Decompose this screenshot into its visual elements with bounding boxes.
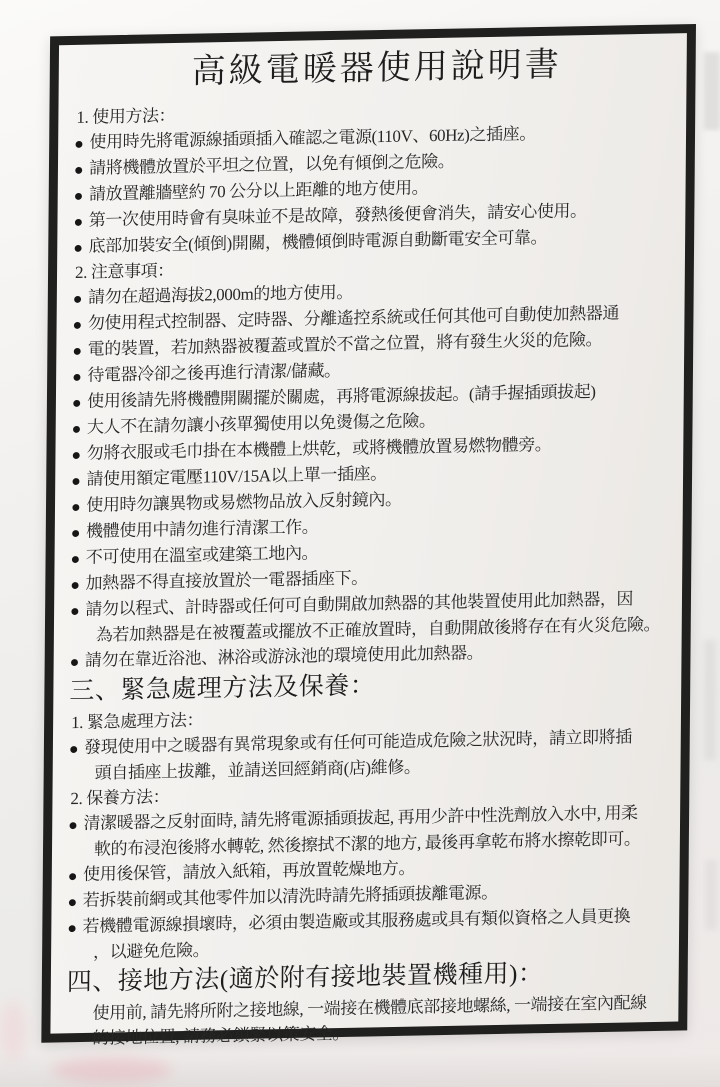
bullet-icon: ● (71, 521, 80, 545)
bullet-icon: ● (72, 339, 81, 363)
bullet-icon: ● (67, 890, 76, 914)
document-lines: 1. 使用方法：●使用時先將電源線插頭插入確認之電源(110V、60Hz)之插座… (66, 93, 678, 1051)
bullet-icon: ● (71, 495, 80, 519)
pink-smudge (0, 1001, 26, 1061)
bleedthrough-mark (704, 640, 716, 760)
bullet-icon: ● (72, 417, 81, 441)
bullet-icon: ● (73, 236, 82, 260)
bullet-icon: ● (70, 547, 79, 571)
page-title: 高級電暖器使用說明書 (75, 41, 679, 97)
bullet-icon: ● (71, 443, 80, 467)
bullet-icon: ● (69, 737, 78, 761)
bullet-icon: ● (74, 184, 83, 208)
doc-line-text: 機體使用中請勿進行清潔工作。 (86, 514, 319, 543)
bullet-icon: ● (70, 650, 79, 674)
bullet-icon: ● (67, 916, 76, 940)
bleedthrough-mark (705, 860, 717, 930)
bullet-icon: ● (70, 573, 79, 597)
bullet-icon: ● (68, 813, 77, 837)
photo-background: 高級電暖器使用說明書 1. 使用方法：●使用時先將電源線插頭插入確認之電源(11… (0, 0, 720, 1087)
bullet-icon: ● (74, 158, 83, 182)
doc-line-text: 待電器冷卻之後再進行清潔/儲藏。 (87, 358, 340, 388)
manual-page: 高級電暖器使用說明書 1. 使用方法：●使用時先將電源線插頭插入確認之電源(11… (41, 24, 696, 1043)
bullet-icon: ● (72, 313, 81, 337)
bullet-icon: ● (73, 210, 82, 234)
bullet-icon: ● (72, 391, 81, 415)
doc-line-text: 不可使用在溫室或建築工地內。 (86, 540, 319, 569)
bullet-icon: ● (72, 365, 81, 389)
bullet-icon: ● (74, 132, 83, 156)
bullet-icon: ● (68, 864, 77, 888)
bullet-icon: ● (71, 469, 80, 493)
bleedthrough-mark (704, 52, 720, 130)
bullet-icon: ● (70, 599, 79, 623)
photo-shadow (0, 1053, 720, 1087)
pink-smudge (52, 1057, 172, 1083)
doc-line-text: 請勿在超過海拔2,000m的地方使用。 (88, 280, 353, 310)
bullet-icon: ● (73, 287, 82, 311)
